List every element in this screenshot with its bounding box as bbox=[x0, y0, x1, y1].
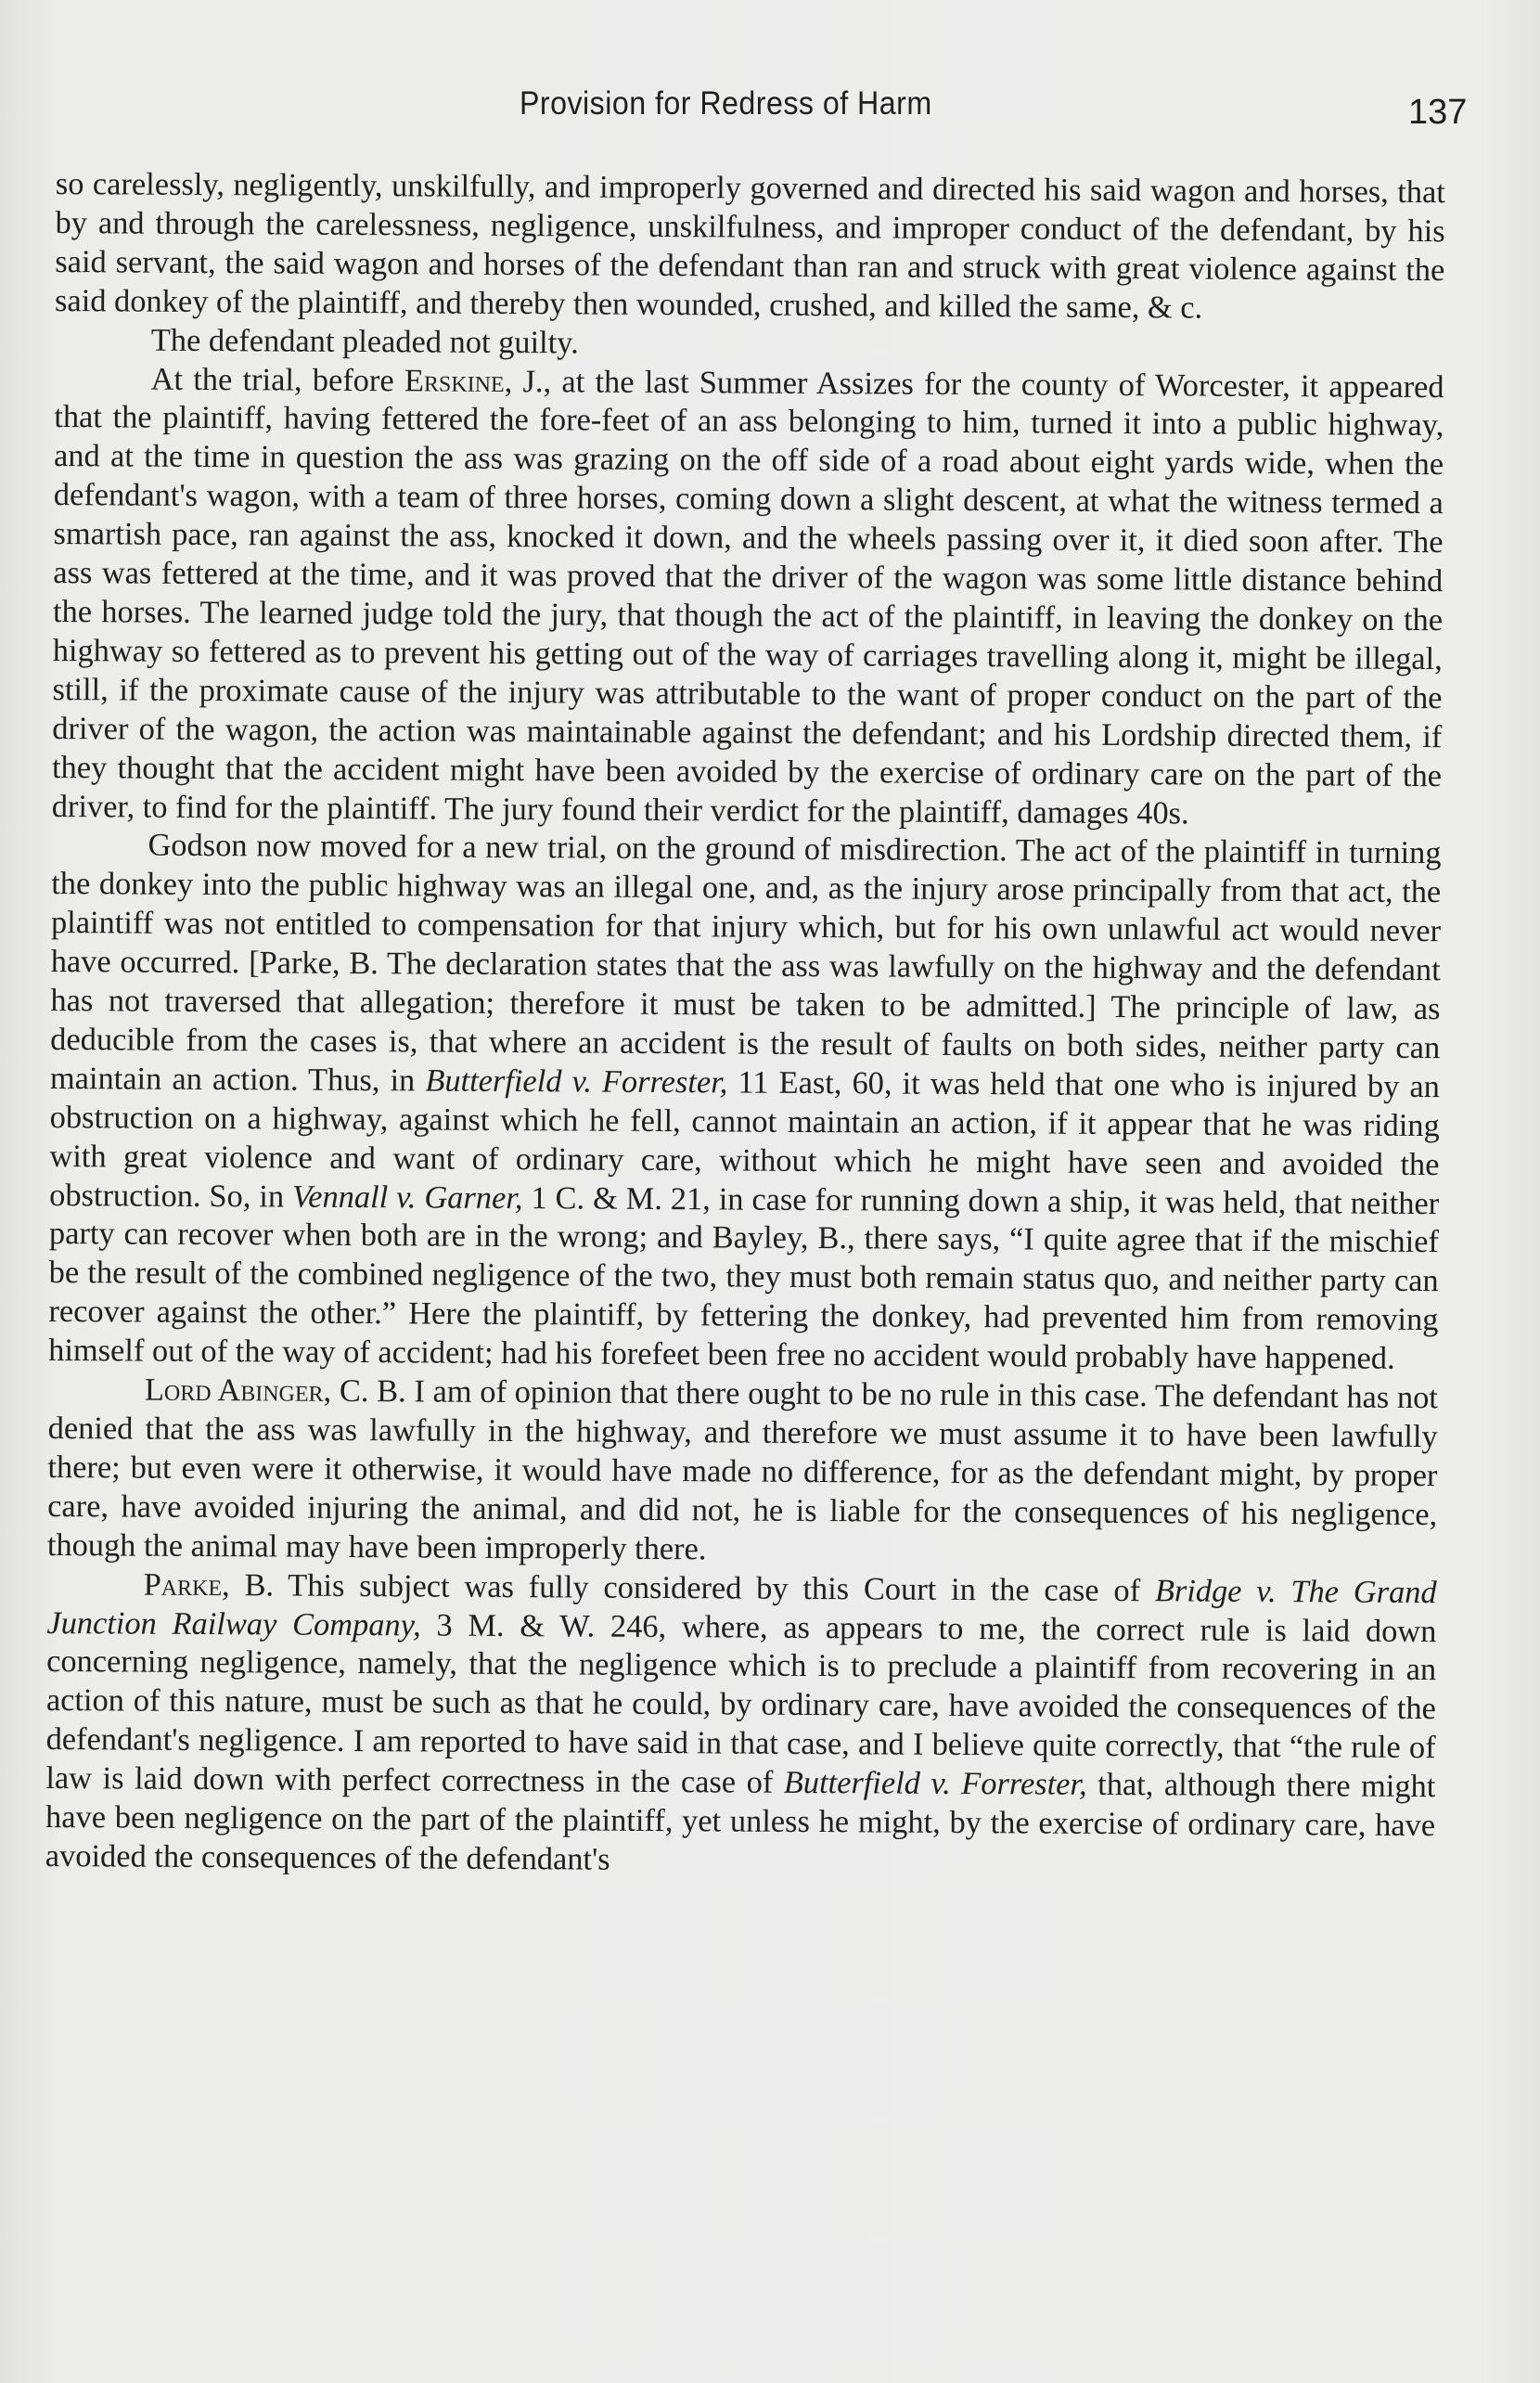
judge-name: Erskine bbox=[404, 363, 505, 399]
paragraph: so carelessly, negligently, unskilfully,… bbox=[55, 165, 1445, 329]
paragraph-text: , J., at the last Summer Assizes for the… bbox=[52, 363, 1444, 830]
paragraph: At the trial, before Erskine, J., at the… bbox=[52, 360, 1444, 835]
paragraph-text: The defendant pleaded not guilty. bbox=[151, 322, 579, 360]
judge-name: Lord Abinger bbox=[145, 1372, 324, 1409]
paragraph-text: so carelessly, negligently, unskilfully,… bbox=[55, 166, 1445, 325]
paragraph-text: , B. This subject was fully considered b… bbox=[222, 1567, 1155, 1608]
paragraph: Lord Abinger, C. B. I am of opinion that… bbox=[47, 1371, 1438, 1574]
running-title: Provision for Redress of Harm bbox=[520, 85, 932, 122]
running-head: Provision for Redress of Harm 137 bbox=[0, 82, 1540, 137]
paragraph-text: At the trial, before bbox=[150, 361, 404, 398]
paragraph: Godson now moved for a new trial, on the… bbox=[48, 826, 1442, 1379]
paragraph-text: Godson now moved for a new trial, on the… bbox=[50, 828, 1442, 1098]
body-text: so carelessly, negligently, unskilfully,… bbox=[45, 165, 1445, 1885]
case-citation: Vennall v. Garner, bbox=[292, 1179, 523, 1216]
page-number: 137 bbox=[1408, 93, 1467, 133]
book-page: Provision for Redress of Harm 137 so car… bbox=[0, 0, 1540, 2383]
paragraph: Parke, B. This subject was fully conside… bbox=[45, 1565, 1437, 1885]
case-citation: Butterfield v. Forrester, bbox=[784, 1765, 1087, 1802]
case-citation: Butterfield v. Forrester, bbox=[425, 1063, 727, 1100]
judge-name: Parke bbox=[144, 1566, 223, 1603]
